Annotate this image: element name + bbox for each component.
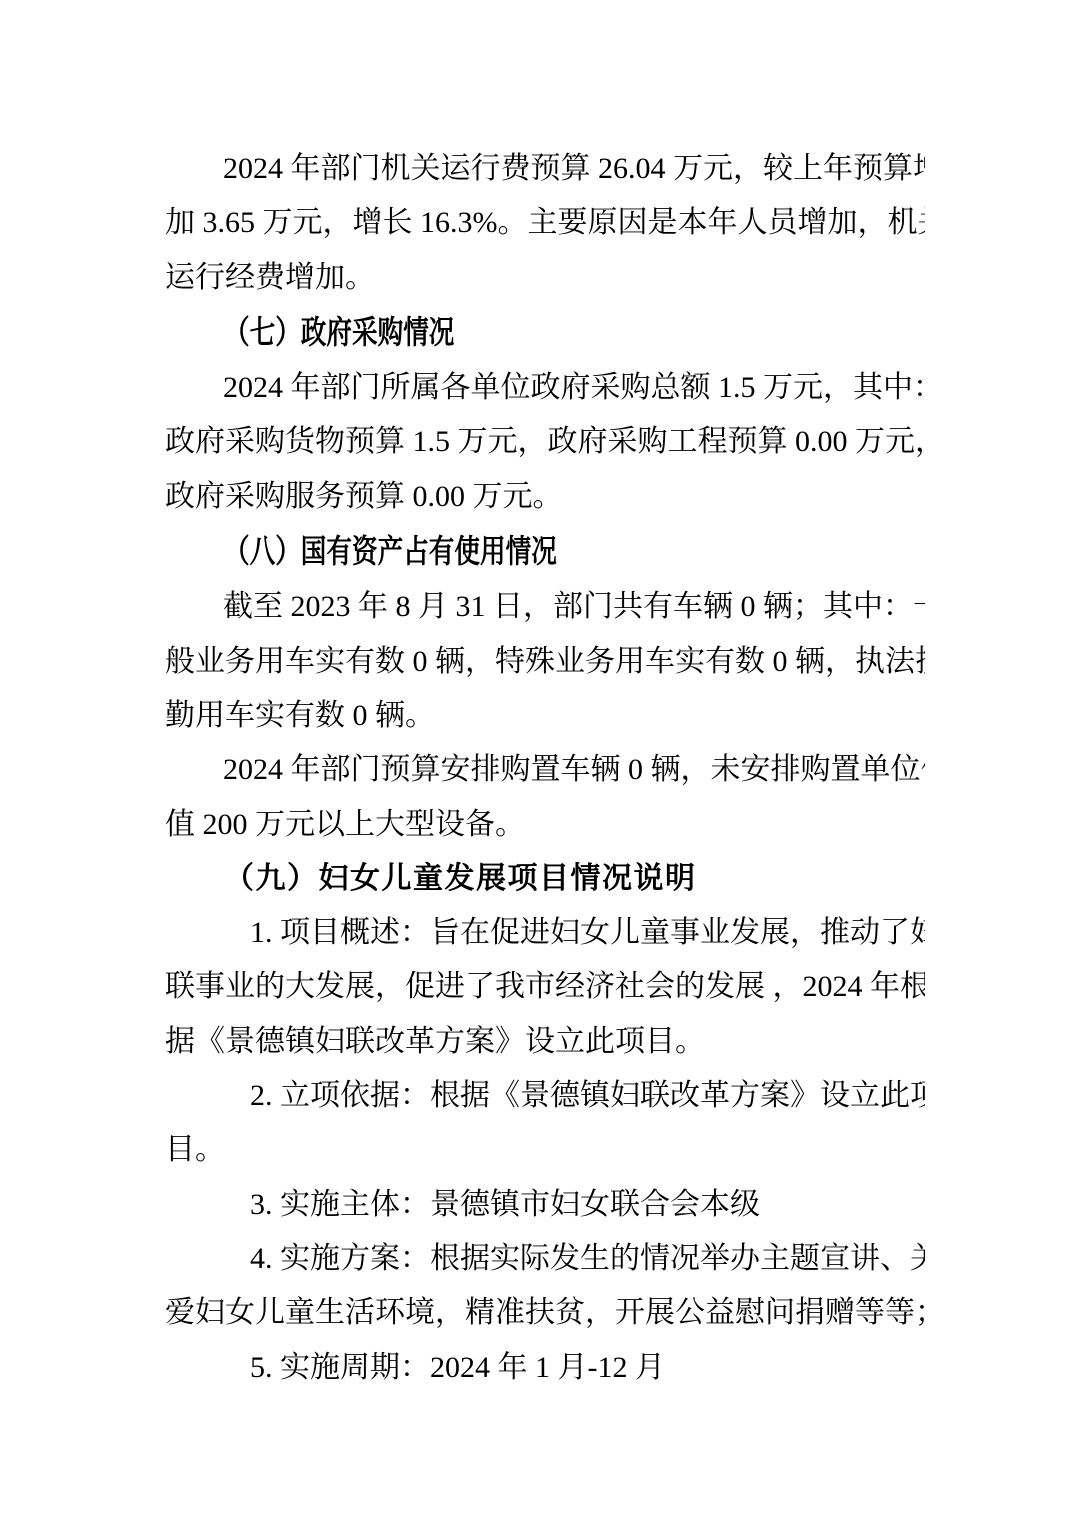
- text-line: 2024 年部门机关运行费预算 26.04 万元，较上年预算增: [165, 142, 925, 196]
- document-body: 2024 年部门机关运行费预算 26.04 万元，较上年预算增加 3.65 万元…: [0, 0, 1074, 1520]
- paragraph: 2024 年部门机关运行费预算 26.04 万元，较上年预算增加 3.65 万元…: [165, 142, 925, 305]
- text-line: 截至 2023 年 8 月 31 日，部门共有车辆 0 辆；其中：一: [165, 580, 925, 634]
- text-line: （九）妇女儿童发展项目情况说明: [165, 852, 925, 906]
- text-line: 2024 年部门预算安排购置车辆 0 辆，未安排购置单位价: [165, 743, 925, 797]
- paragraph: 截至 2023 年 8 月 31 日，部门共有车辆 0 辆；其中：一般业务用车实…: [165, 580, 925, 743]
- text-line: 运行经费增加。: [165, 251, 925, 305]
- paragraph: 5. 实施周期：2024 年 1 月-12 月: [165, 1341, 925, 1395]
- text-line: 政府采购服务预算 0.00 万元。: [165, 470, 925, 524]
- paragraph: 2024 年部门预算安排购置车辆 0 辆，未安排购置单位价值 200 万元以上大…: [165, 743, 925, 852]
- section-heading: （八）国有资产占有使用情况: [165, 524, 925, 580]
- text-line: 据《景德镇妇联改革方案》设立此项目。: [165, 1015, 925, 1069]
- text-line: 值 200 万元以上大型设备。: [165, 798, 925, 852]
- text-line: 3. 实施主体：景德镇市妇女联合会本级: [165, 1178, 925, 1232]
- heading-text: （七）政府采购情况: [224, 305, 454, 359]
- text-line: （八）国有资产占有使用情况: [165, 524, 925, 580]
- paragraph: 3. 实施主体：景德镇市妇女联合会本级: [165, 1178, 925, 1232]
- paragraph: 4. 实施方案：根据实际发生的情况举办主题宣讲、关爱妇女儿童生活环境，精准扶贫，…: [165, 1232, 925, 1341]
- text-line: 目。: [165, 1123, 925, 1177]
- text-line: 加 3.65 万元，增长 16.3%。主要原因是本年人员增加，机关: [165, 196, 925, 250]
- text-line: 联事业的大发展，促进了我市经济社会的发展 ，2024 年根: [165, 960, 925, 1014]
- text-line: 般业务用车实有数 0 辆，特殊业务用车实有数 0 辆，执法执: [165, 635, 925, 689]
- text-line: 2024 年部门所属各单位政府采购总额 1.5 万元，其中：: [165, 361, 925, 415]
- heading-text: （八）国有资产占有使用情况: [224, 524, 557, 578]
- paragraph: 2. 立项依据：根据《景德镇妇联改革方案》设立此项目。: [165, 1069, 925, 1178]
- paragraph: 2024 年部门所属各单位政府采购总额 1.5 万元，其中：政府采购货物预算 1…: [165, 361, 925, 524]
- text-line: 1. 项目概述：旨在促进妇女儿童事业发展，推动了妇: [165, 906, 925, 960]
- section-heading: （七）政府采购情况: [165, 305, 925, 361]
- text-line: 4. 实施方案：根据实际发生的情况举办主题宣讲、关: [165, 1232, 925, 1286]
- page: 2024 年部门机关运行费预算 26.04 万元，较上年预算增加 3.65 万元…: [0, 0, 1074, 1520]
- text-line: 爱妇女儿童生活环境，精准扶贫，开展公益慰问捐赠等等；: [165, 1286, 925, 1340]
- text-line: 2. 立项依据：根据《景德镇妇联改革方案》设立此项: [165, 1069, 925, 1123]
- paragraph: 1. 项目概述：旨在促进妇女儿童事业发展，推动了妇联事业的大发展，促进了我市经济…: [165, 906, 925, 1069]
- text-line: 政府采购货物预算 1.5 万元，政府采购工程预算 0.00 万元，: [165, 415, 925, 469]
- text-line: （七）政府采购情况: [165, 305, 925, 361]
- text-line: 勤用车实有数 0 辆。: [165, 689, 925, 743]
- text-line: 5. 实施周期：2024 年 1 月-12 月: [165, 1341, 925, 1395]
- section-heading: （九）妇女儿童发展项目情况说明: [165, 852, 925, 906]
